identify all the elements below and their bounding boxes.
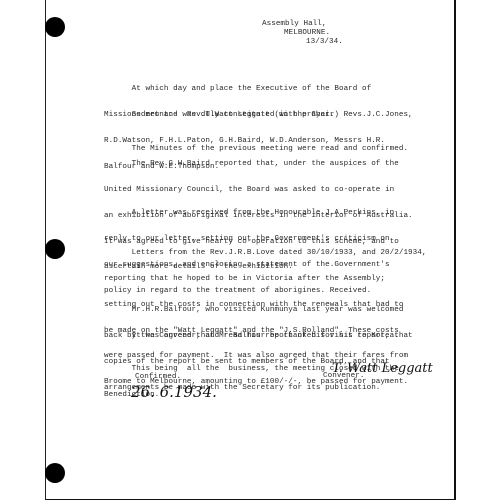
handwritten-date: 26. 6.1934. <box>131 383 217 401</box>
punch-hole-top <box>45 17 65 37</box>
header-city: MELBOURNE. <box>284 29 330 38</box>
header-date: 13/3/34. <box>306 38 343 47</box>
convener-signature: T. Watt Leggatt <box>332 361 433 376</box>
header-venue: Assembly Hall, <box>262 20 327 29</box>
punch-hole-middle <box>45 239 65 259</box>
confirmed-label: Confirmed. <box>135 373 181 382</box>
punch-hole-bottom <box>45 463 65 483</box>
